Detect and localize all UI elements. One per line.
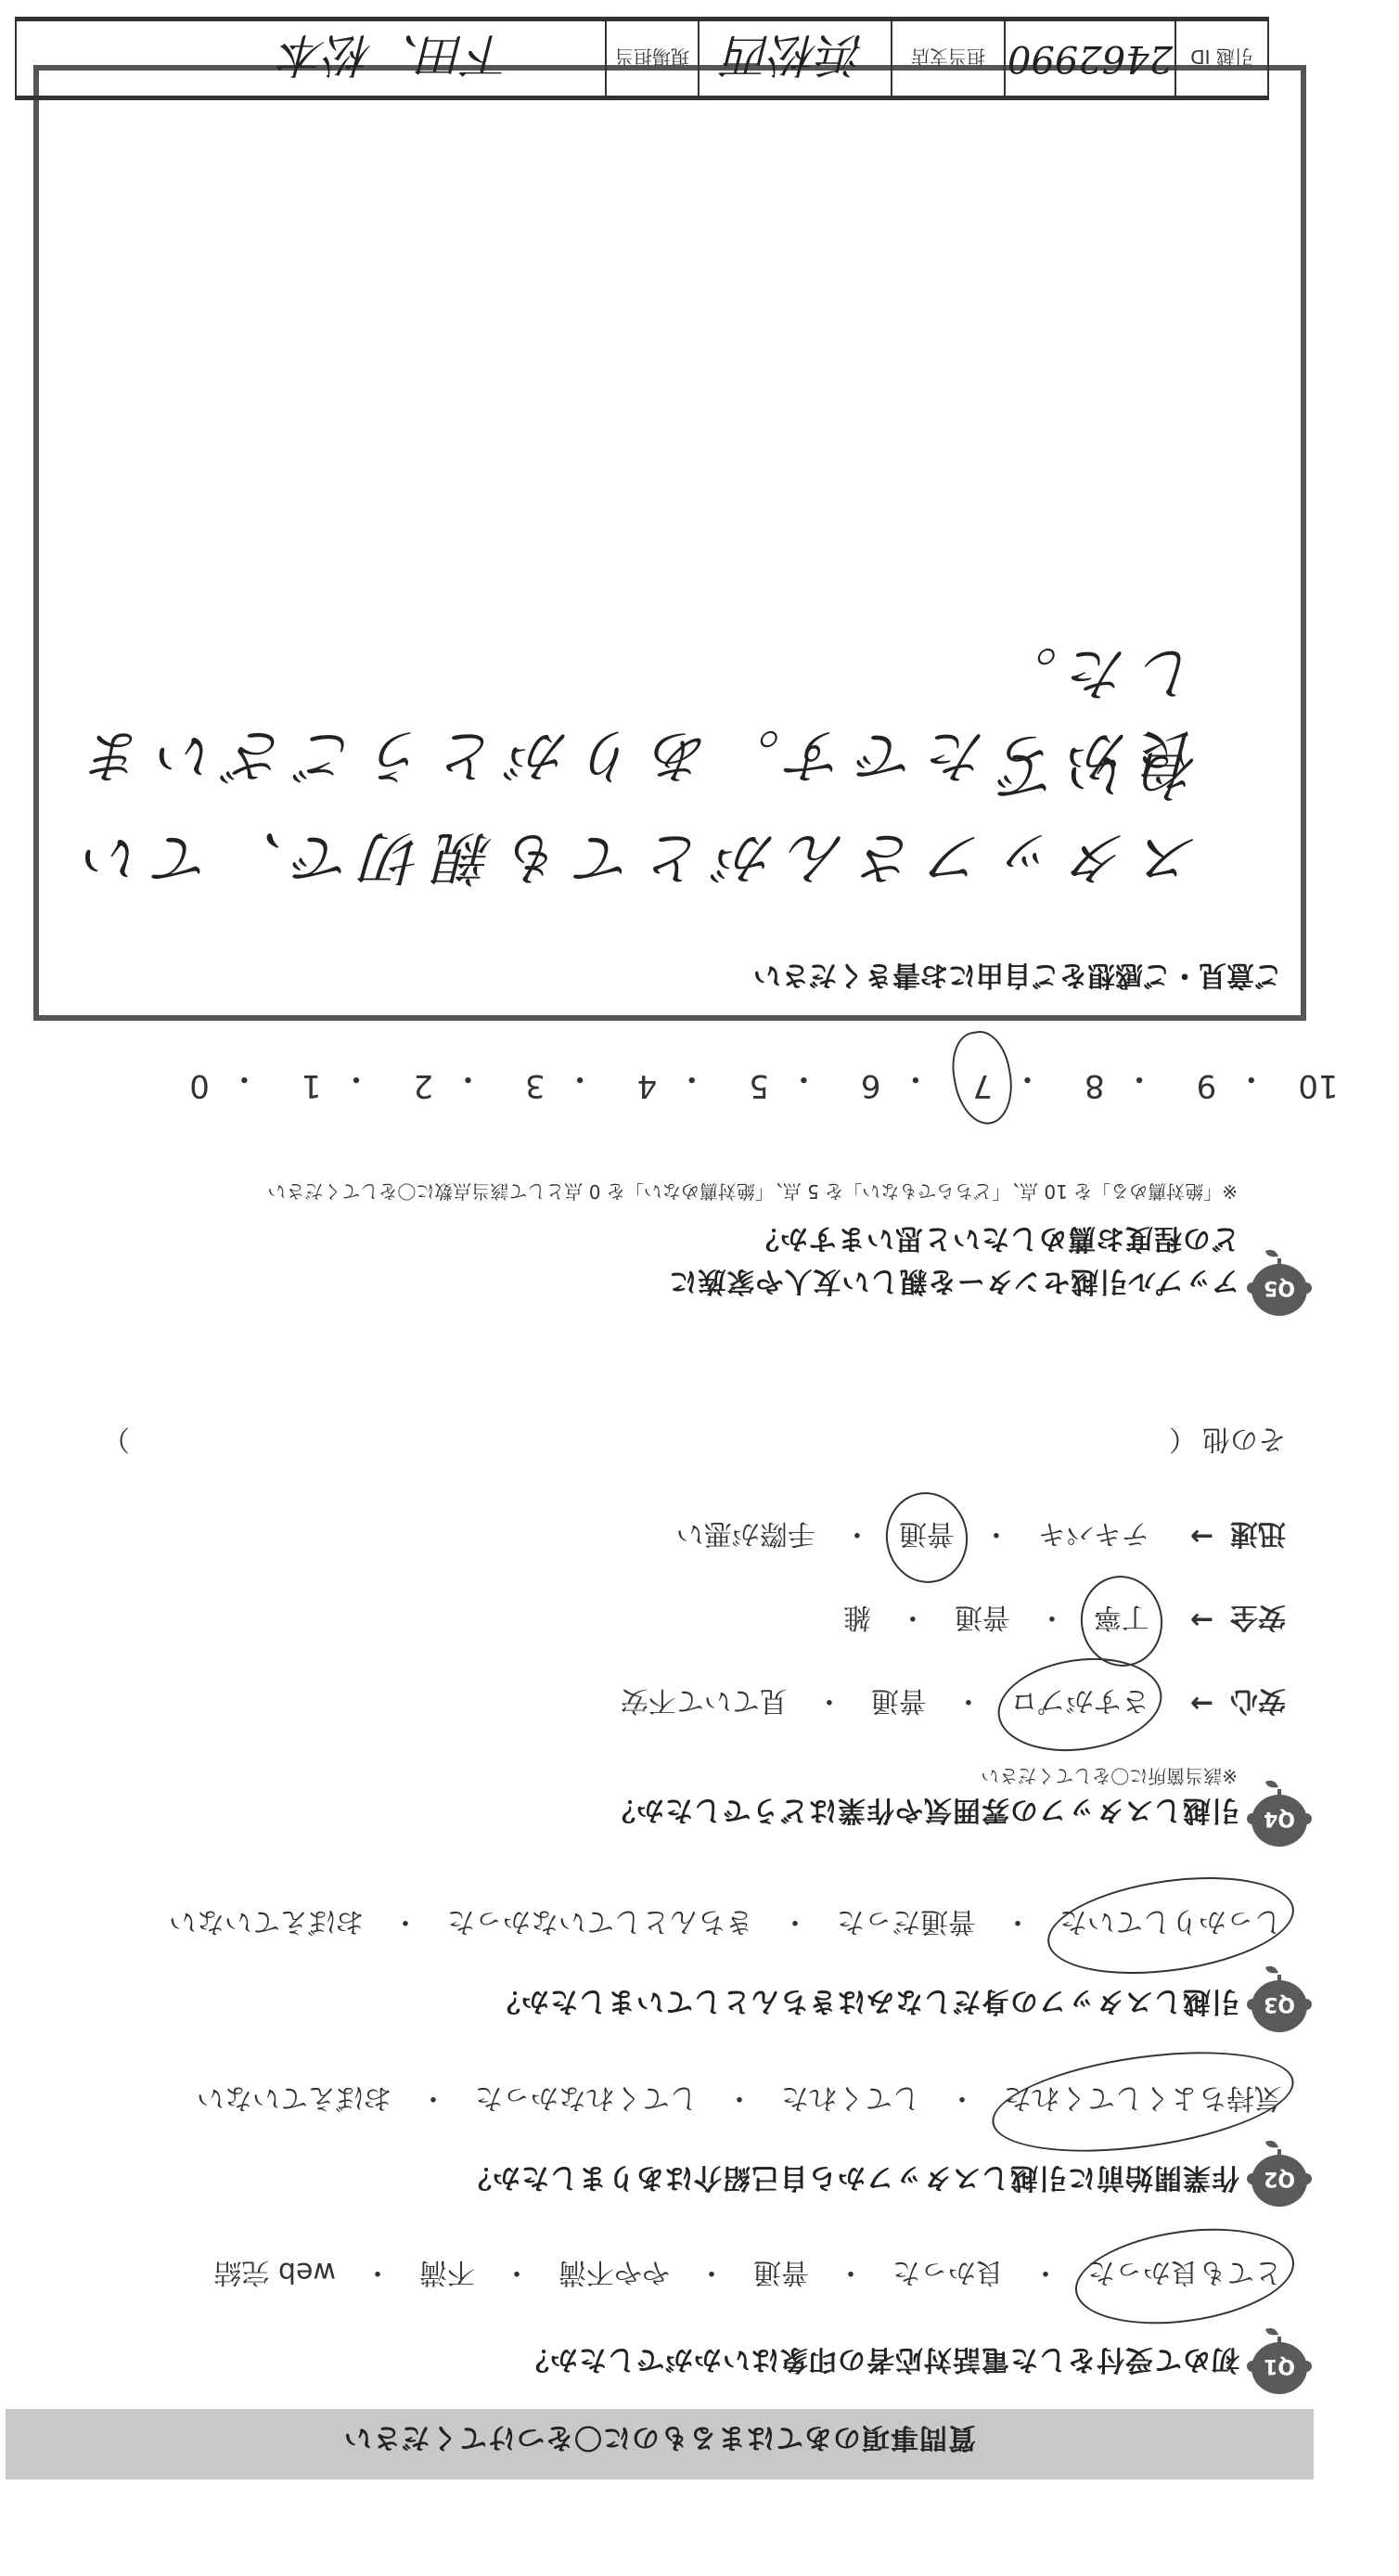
- rating-4[interactable]: 4: [622, 1059, 672, 1104]
- q1-option-slightly-unsatisfied[interactable]: やや不満: [555, 2255, 674, 2296]
- q4-other-label: その他: [1202, 1422, 1286, 1462]
- q2-option-did[interactable]: してくれた: [777, 2080, 924, 2121]
- q3-option-normal[interactable]: 普通だった: [833, 1904, 980, 1945]
- q1-badge-icon: Q1: [1247, 2322, 1312, 2400]
- rating-0[interactable]: 0: [174, 1059, 225, 1104]
- svg-text:Q1: Q1: [1264, 2354, 1295, 2377]
- q4-row-anshin: 安心 → さすがプロ・ 普通・ 見ていて不安: [617, 1683, 1286, 1724]
- svg-text:Q5: Q5: [1264, 1276, 1295, 1299]
- q2-options: 気持ちよくしてくれた・ してくれた・ してくれなかった・ おぼえていない: [193, 2080, 1286, 2121]
- q1-option-good[interactable]: 良かった: [889, 2255, 1008, 2296]
- q5-rating-scale: 10・ 9・ 8・ 7・ 6・ 5・ 4・ 3・ 2・ 1・ 0: [174, 1059, 1343, 1104]
- q4-badge-icon: Q4: [1247, 1774, 1312, 1852]
- q5-question-line1: アップル引越センターを親しい友人や家族に: [669, 1264, 1240, 1305]
- move-id-label-cell: 引越 ID: [1174, 21, 1267, 96]
- q1-option-normal[interactable]: 普通: [750, 2255, 813, 2296]
- q4-note: ※該当箇所に〇をしてください: [981, 1764, 1238, 1791]
- rating-8[interactable]: 8: [1070, 1059, 1120, 1104]
- move-id-value: 2462990: [1008, 37, 1173, 80]
- q4-question: 引越しスタッフの雰囲気や作業はどうでしたか？: [607, 1793, 1239, 1834]
- rating-10[interactable]: 10: [1293, 1059, 1343, 1104]
- comment-label: ご意見・ご感想をご自由にお書きください: [753, 958, 1282, 998]
- q5-badge-icon: Q5: [1247, 1243, 1312, 1321]
- q4-row-anzen: 安全 → 丁寧・ 普通・ 雑: [840, 1600, 1286, 1641]
- q5-note: ※「絶対薦める」を 10 点、「どちらでもない」を 5 点、「絶対薦めない」を …: [267, 1179, 1238, 1206]
- svg-text:Q3: Q3: [1264, 1992, 1295, 2016]
- q5-question-line2: どの程度お薦めしたいと思いますか？: [751, 1221, 1239, 1262]
- q3-option-dont-remember[interactable]: おぼえていない: [165, 1904, 367, 1945]
- svg-text:Q4: Q4: [1264, 1807, 1295, 1830]
- q3-badge-icon: Q3: [1247, 1960, 1312, 2038]
- instruction-band: 質問事項のあてはまるものに〇をつけてください: [6, 2409, 1314, 2479]
- q3-option-neat[interactable]: しっかりしていた: [1056, 1904, 1286, 1945]
- rating-6[interactable]: 6: [846, 1059, 896, 1104]
- q2-question: 作業開始前に引越しスタッフから自己紹介はありましたか？: [463, 2160, 1239, 2201]
- q3-options: しっかりしていた・ 普通だった・ きちんとしていなかった・ おぼえていない: [165, 1904, 1286, 1945]
- comment-box[interactable]: ご意見・ご感想をご自由にお書きください スタッフさんがとても親切で、ていねいで …: [33, 65, 1306, 1021]
- rating-5[interactable]: 5: [734, 1059, 784, 1104]
- svg-text:Q2: Q2: [1264, 2167, 1295, 2190]
- q4-jinsoku-option-quick[interactable]: テキパキ: [1034, 1516, 1153, 1557]
- q4-row-label: 安心: [1230, 1683, 1286, 1724]
- q3-option-not-neat[interactable]: きちんとしていなかった: [443, 1904, 757, 1945]
- arrow-right-icon: →: [1190, 1688, 1213, 1720]
- q3-question: 引越しスタッフの身だしなみはきちんとしていましたか？: [492, 1984, 1239, 2025]
- q4-anshin-option-uneasy[interactable]: 見ていて不安: [617, 1683, 791, 1724]
- q4-jinsoku-option-clumsy[interactable]: 手際が悪い: [673, 1516, 819, 1557]
- q4-other-row: その他 （ ）: [24, 1422, 1286, 1462]
- q4-row-label: 迅速: [1230, 1516, 1286, 1557]
- rating-9[interactable]: 9: [1181, 1059, 1231, 1104]
- q2-option-pleasantly[interactable]: 気持ちよくしてくれた: [1000, 2080, 1286, 2121]
- arrow-right-icon: →: [1190, 1604, 1213, 1637]
- q2-option-dont-remember[interactable]: おぼえていない: [193, 2080, 395, 2121]
- q4-other-open-paren: （: [1169, 1422, 1197, 1462]
- site-staff-value-cell[interactable]: 下田、松本: [17, 21, 605, 96]
- move-id-value-cell[interactable]: 2462990: [1004, 21, 1174, 96]
- survey-form-page: 質問事項のあてはまるものに〇をつけてください Q1 初めて受付をした電話対応者の…: [0, 0, 1399, 2576]
- q2-option-did-not[interactable]: してくれなかった: [471, 2080, 701, 2121]
- q4-row-label: 安全: [1230, 1600, 1286, 1641]
- q1-options: とても良かった・ 良かった・ 普通・ やや不満・ 不満・ web 完結: [210, 2255, 1286, 2296]
- q4-anshin-option-normal[interactable]: 普通: [867, 1683, 931, 1724]
- rating-3[interactable]: 3: [510, 1059, 560, 1104]
- q2-badge-icon: Q2: [1247, 2134, 1312, 2212]
- rating-7[interactable]: 7: [957, 1059, 1008, 1104]
- rating-1[interactable]: 1: [287, 1059, 337, 1104]
- branch-value-cell[interactable]: 浜松西: [698, 21, 891, 96]
- q4-jinsoku-option-normal[interactable]: 普通: [895, 1516, 958, 1557]
- site-staff-label-cell: 現場担当: [605, 21, 698, 96]
- branch-label-cell: 担当支店: [891, 21, 1004, 96]
- comment-handwritten-line2: 良かったです。ありがとうございました。: [39, 637, 1199, 802]
- q4-anshin-option-pro[interactable]: さすがプロ: [1007, 1683, 1153, 1724]
- q1-option-web[interactable]: web 完結: [210, 2255, 340, 2296]
- instruction-text: 質問事項のあてはまるものに〇をつけてください: [6, 2420, 1314, 2461]
- arrow-right-icon: →: [1190, 1521, 1213, 1553]
- site-staff-value: 下田、松本: [280, 25, 512, 92]
- q1-option-unsatisfied[interactable]: 不満: [416, 2255, 479, 2296]
- q4-anzen-option-normal[interactable]: 普通: [951, 1600, 1014, 1641]
- q4-row-jinsoku: 迅速 → テキパキ・ 普通・ 手際が悪い: [673, 1516, 1286, 1557]
- q4-anzen-option-careful[interactable]: 丁寧: [1090, 1600, 1153, 1641]
- q4-other-close-paren: ）: [102, 1422, 130, 1462]
- q1-option-very-good[interactable]: とても良かった: [1084, 2255, 1286, 2296]
- branch-value: 浜松西: [725, 25, 865, 92]
- rating-2[interactable]: 2: [398, 1059, 448, 1104]
- q4-anzen-option-rough[interactable]: 雑: [840, 1600, 875, 1641]
- q1-question: 初めて受付をした電話対応者の印象はいかがでしたか？: [520, 2342, 1239, 2383]
- header-info-table: 引越 ID 2462990 担当支店 浜松西 現場担当 下田、松本: [15, 17, 1269, 100]
